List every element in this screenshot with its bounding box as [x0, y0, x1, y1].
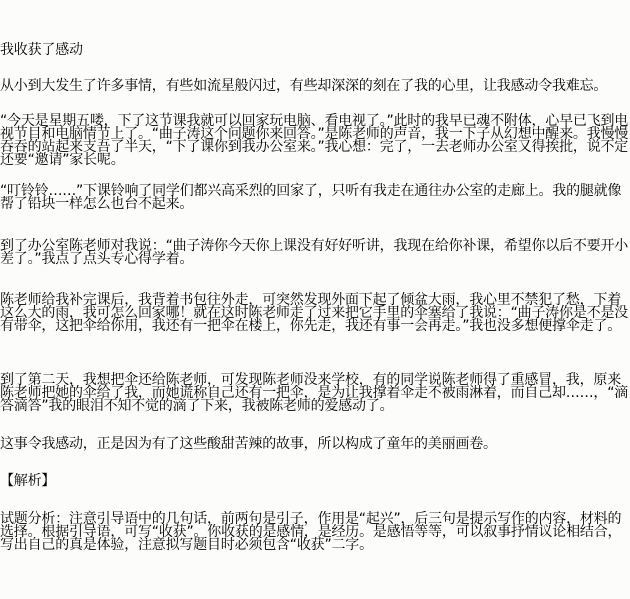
- analysis-label: 【解析】: [0, 473, 630, 489]
- paragraph-next-day: 到了第二天，我想把伞还给陈老师，可发现陈老师没来学校，有的同学说陈老师得了重感冒…: [0, 374, 630, 413]
- paragraph-conclusion: 这事令我感动，正是因为有了这些酸甜苦辣的故事，所以构成了童年的美丽画卷。: [0, 436, 630, 452]
- document: 我收获了感动 从小到大发生了许多事情，有些如流星般闪过，有些却深深的刻在了我的心…: [0, 0, 630, 599]
- paragraph-classroom: “今天是星期五喽，下了这节课我就可以回家玩电脑、看电视了。”此时的我早已魂不附体…: [0, 115, 630, 167]
- essay-title: 我收获了感动: [0, 42, 630, 58]
- paragraph-office: 到了办公室陈老师对我说：“曲子涛你今天你上课没有好好听讲，我现在给你补课，希望你…: [0, 240, 630, 266]
- paragraph-intro: 从小到大发生了许多事情，有些如流星般闪过，有些却深深的刻在了我的心里，让我感动令…: [0, 78, 630, 94]
- analysis-text: 试题分析：注意引导语中的几句话，前两句是引子，作用是“起兴”，后三句是提示写作的…: [0, 513, 630, 552]
- paragraph-bell: “叮铃铃……”下课铃响了同学们都兴高采烈的回家了，只听有我走在通往办公室的走廊上…: [0, 185, 630, 211]
- paragraph-umbrella: 陈老师给我补完课后，我背着书包往外走，可突然发现外面下起了倾盆大雨，我心里不禁犯…: [0, 294, 630, 333]
